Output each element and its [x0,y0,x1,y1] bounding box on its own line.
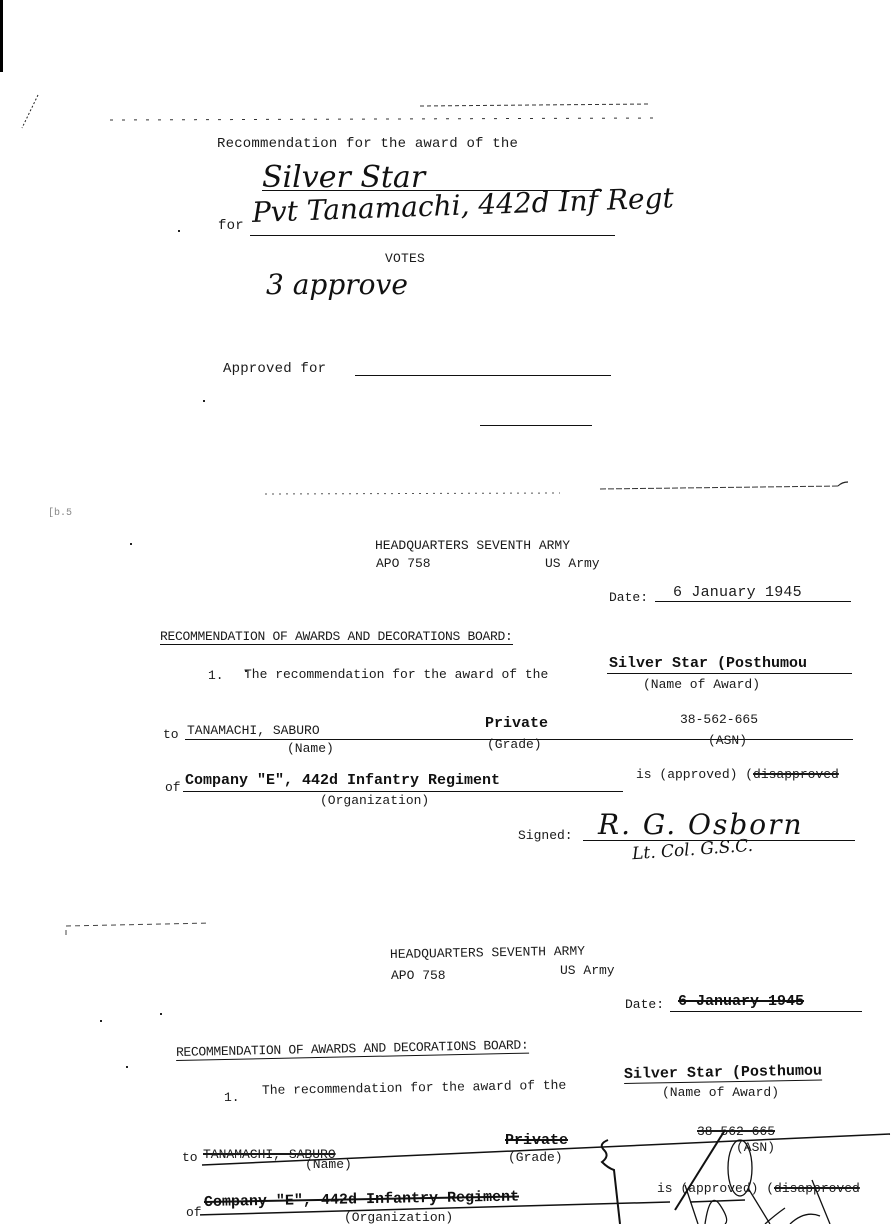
of-label: of [186,1205,202,1220]
date-label: Date: [609,590,648,605]
to-label: to [182,1150,198,1165]
item-text: The recommendation for the award of the [244,667,548,682]
recipient-name: TANAMACHI, SABURO [187,723,320,738]
grade-caption: (Grade) [487,737,542,752]
board-heading: RECOMMENDATION OF AWARDS AND DECORATIONS… [160,629,513,645]
status: is (approved) (disapproved [636,767,839,782]
name-caption: (Name) [287,741,334,756]
signature: R. G. Osborn [598,808,804,841]
of-label: of [165,780,181,795]
date-line [655,601,851,602]
apo: APO 758 [391,968,446,983]
status-struck: disapproved [753,767,839,782]
award-line [607,673,852,674]
item-number: 1. [208,668,224,683]
organization: Company "E", 442d Infantry Regiment [185,772,500,789]
handwritten-scrawl [580,1110,893,1224]
award-handwritten: Silver Star [262,160,425,195]
award-caption: (Name of Award) [643,677,760,692]
date-value: 6 January 1945 [678,993,804,1010]
organization-line [183,791,623,792]
date-line [670,1011,862,1012]
army: US Army [560,963,615,978]
award-caption: (Name of Award) [662,1085,779,1100]
recipient-grade: Private [485,715,548,732]
to-label: to [163,727,179,742]
date-value: 6 January 1945 [673,584,802,601]
date-label: Date: [625,997,664,1012]
for-line [250,235,615,236]
name-caption: (Name) [305,1157,352,1172]
item-number: 1. [224,1090,240,1105]
approved-for-line [355,375,611,376]
recommendation-heading: Recommendation for the award of the [217,136,518,152]
approved-for-label: Approved for [223,361,326,377]
for-label: for [218,218,244,234]
asn-caption: (ASN) [708,733,747,748]
approval-signature-line [480,425,592,426]
votes-label: VOTES [385,251,425,266]
award-name: Silver Star (Posthumou [624,1063,822,1084]
award-name: Silver Star (Posthumou [609,655,807,672]
status-text: is (approved) ( [636,767,753,782]
organization-caption: (Organization) [320,793,429,808]
organization-caption: (Organization) [344,1210,453,1224]
hq-title: HEADQUARTERS SEVENTH ARMY [375,538,570,553]
grade-caption: (Grade) [508,1150,563,1165]
apo: APO 758 [376,556,431,571]
svg-text:[b.5: [b.5 [48,507,72,519]
army: US Army [545,556,600,571]
recipient-asn: 38-562-665 [680,712,758,727]
votes-handwritten: 3 approve [266,268,408,301]
signed-label: Signed: [518,828,573,843]
